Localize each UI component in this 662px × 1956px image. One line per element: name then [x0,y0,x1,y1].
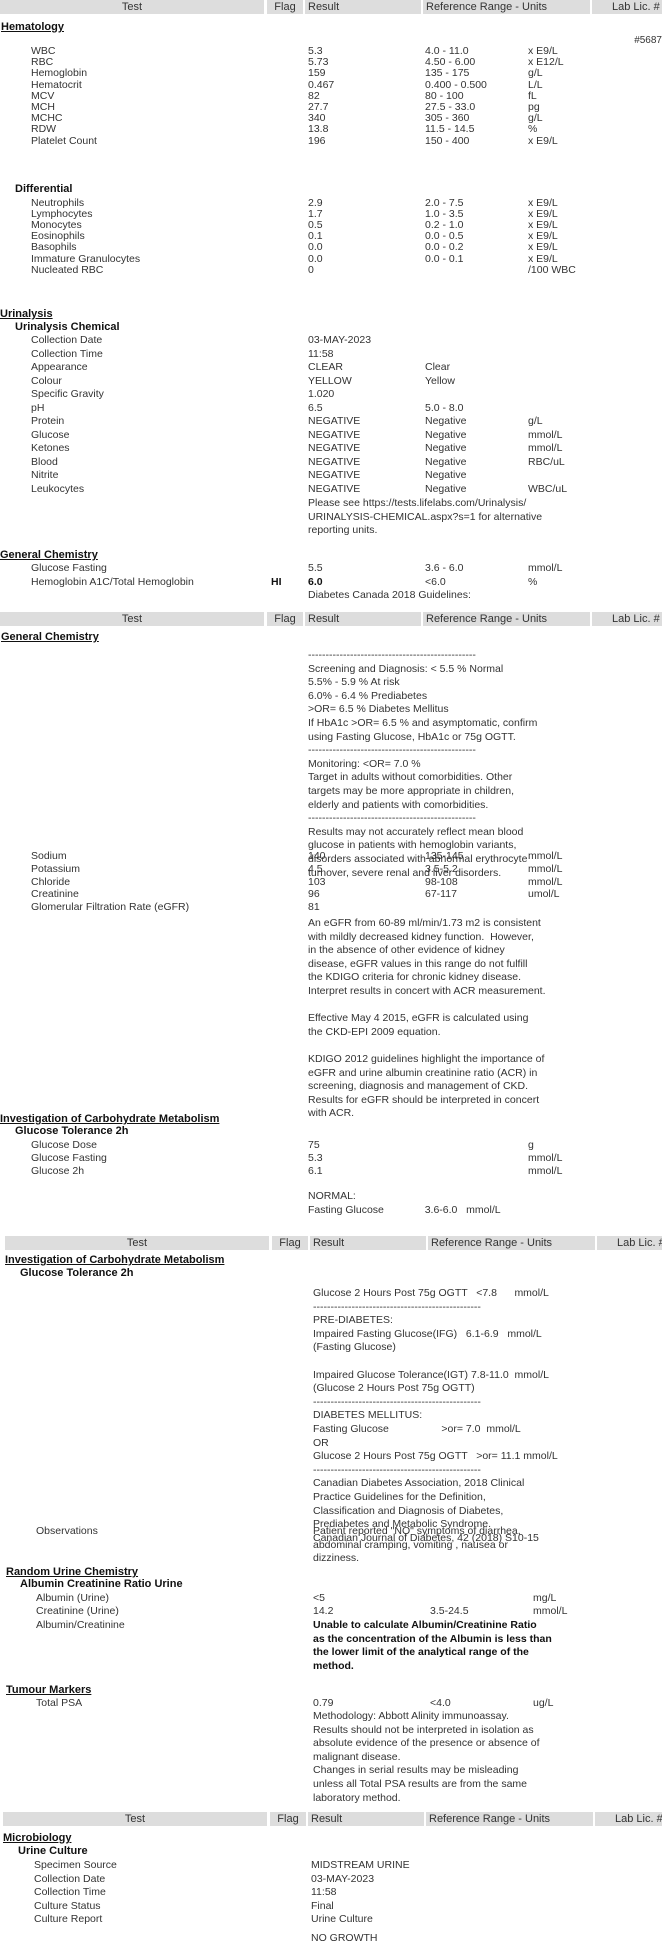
test-name: Sodium [31,850,67,863]
test-name: Leukocytes [31,483,84,496]
section-hematology: Hematology [1,21,64,33]
units: mmol/L [528,442,562,455]
result-value: CLEAR [308,361,343,374]
reference-range: 67-117 [425,888,457,901]
table-row: Potassium4.53.5-5.2mmol/L [0,863,650,876]
reference-range: <4.0 [430,1697,451,1710]
test-name: Glucose Fasting [31,562,107,575]
test-name: Collection Date [34,1873,105,1886]
result-value: NEGATIVE [308,469,360,482]
header-lab-lic: Lab Lic. # [592,0,662,14]
test-name: Specific Gravity [31,388,104,401]
units: x E9/L [528,135,558,148]
header-flag: Flag [267,612,303,626]
test-name: Protein [31,415,64,428]
section-random-urine-chemistry: Random Urine Chemistry [6,1566,138,1578]
test-name: Total PSA [36,1697,82,1710]
flag: HI [271,576,282,589]
header-test: Test [0,612,264,626]
glucose-criteria-note: Glucose 2 Hours Post 75g OGTT <7.8 mmol/… [313,1287,558,1545]
report-page-4: Test Flag Result Reference Range - Units… [0,1812,662,1826]
test-name: Ketones [31,442,70,455]
table-row: Specific Gravity1.020 [0,388,650,401]
test-name: Colour [31,375,62,388]
test-name: Blood [31,456,58,469]
glucose-normal-note: NORMAL: Fasting Glucose 3.6-6.0 mmol/L [308,1190,501,1217]
a1c-note-title: Diabetes Canada 2018 Guidelines: [308,589,471,603]
section-carbohydrate-metabolism: Investigation of Carbohydrate Metabolism [5,1254,224,1266]
test-name: Glucose [31,429,70,442]
table-row: Culture StatusFinal [3,1900,653,1913]
table-row: NitriteNEGATIVENegative [0,469,650,482]
test-name: Glomerular Filtration Rate (eGFR) [31,901,189,914]
result-value: YELLOW [308,375,352,388]
reference-range: Negative [425,456,466,469]
units: umol/L [528,888,560,901]
header-result: Result [305,612,421,626]
header-reference: Reference Range - Units [428,1236,595,1250]
units: mmol/L [533,1605,567,1618]
test-name: Collection Time [31,348,103,361]
result-value: 6.1 [308,1165,323,1178]
test-name: Albumin (Urine) [36,1592,109,1605]
units: mmol/L [528,850,562,863]
result-value: NEGATIVE [308,442,360,455]
test-name: Potassium [31,863,80,876]
header-reference: Reference Range - Units [426,1812,593,1826]
column-header: Test Flag Result Reference Range - Units… [5,1236,662,1250]
units: /100 WBC [528,264,576,277]
reference-range: 135-145 [425,850,464,863]
a1c-guidelines-note: ----------------------------------------… [308,649,537,880]
header-test: Test [3,1812,267,1826]
table-row: Glucose Fasting5.53.6 - 6.0mmol/L [0,562,650,575]
subsection-differential: Differential [15,183,72,195]
test-name: Glucose Fasting [31,1152,107,1165]
section-microbiology: Microbiology [3,1832,71,1844]
table-row: Creatinine (Urine)14.23.5-24.5mmol/L [5,1605,655,1618]
result-value: 6.0 [308,576,323,589]
subsection-urine-culture: Urine Culture [18,1845,88,1857]
section-general-chemistry: General Chemistry [1,631,99,643]
culture-report-result: NO GROWTH [311,1932,378,1946]
result-value: 103 [308,876,326,889]
column-header: Test Flag Result Reference Range - Units… [0,612,662,626]
table-row: KetonesNEGATIVENegativemmol/L [0,442,650,455]
units: g [528,1139,534,1152]
result-value: 5.3 [308,1152,323,1165]
observations-label: Observations [36,1525,98,1538]
header-result: Result [308,1812,424,1826]
result-value: 140 [308,850,326,863]
result-value: 5.5 [308,562,323,575]
table-row: Creatinine9667-117umol/L [0,888,650,901]
header-test: Test [0,0,264,14]
table-row: Glucose 2h6.1mmol/L [0,1165,650,1178]
units: mg/L [533,1592,556,1605]
section-urinalysis: Urinalysis [0,308,53,320]
table-row: Platelet Count196150 - 400x E9/L [0,135,650,148]
table-row: Nucleated RBC0/100 WBC [0,264,650,277]
result-value: 14.2 [313,1605,333,1618]
units: mmol/L [528,429,562,442]
table-row: Glucose Dose75g [0,1139,650,1152]
section-carbohydrate-metabolism: Investigation of Carbohydrate Metabolism [0,1113,219,1125]
urinalysis-note: Please see https://tests.lifelabs.com/Ur… [308,497,542,538]
header-test: Test [5,1236,269,1250]
subsection-glucose-tolerance: Glucose Tolerance 2h [15,1125,129,1137]
table-row: Sodium140135-145mmol/L [0,850,650,863]
column-header: Test Flag Result Reference Range - Units… [0,0,662,14]
table-row: Albumin (Urine)<5mg/L [5,1592,655,1605]
header-reference: Reference Range - Units [423,612,590,626]
table-row: Hemoglobin A1C/Total HemoglobinHI6.0<6.0… [0,576,650,589]
result-value: 81 [308,901,320,914]
table-row: ColourYELLOWYellow [0,375,650,388]
result-value: 196 [308,135,326,148]
psa-note: Methodology: Abbott Alinity immunoassay.… [313,1710,540,1805]
test-name: Nitrite [31,469,58,482]
table-row: AppearanceCLEARClear [0,361,650,374]
result-value: 96 [308,888,320,901]
reference-range: 150 - 400 [425,135,469,148]
reference-range: Yellow [425,375,455,388]
table-row: pH6.55.0 - 8.0 [0,402,650,415]
result-value: 11:58 [311,1886,337,1899]
result-value: NEGATIVE [308,429,360,442]
result-value: 0.79 [313,1697,333,1710]
subsection-urinalysis-chemical: Urinalysis Chemical [15,321,120,333]
table-row: Chloride10398-108mmol/L [0,876,650,889]
test-name: Creatinine [31,888,79,901]
table-row: ProteinNEGATIVENegativeg/L [0,415,650,428]
section-tumour-markers: Tumour Markers [6,1684,91,1696]
test-name: Chloride [31,876,70,889]
header-reference: Reference Range - Units [423,0,590,14]
result-value: 6.5 [308,402,323,415]
report-page-3: Test Flag Result Reference Range - Units… [0,1236,662,1250]
report-page-2: Test Flag Result Reference Range - Units… [0,612,662,626]
test-name: Platelet Count [31,135,97,148]
header-lab-lic: Lab Lic. # [597,1236,662,1250]
reference-range: Negative [425,469,466,482]
result-value: 03-MAY-2023 [311,1873,374,1886]
result-value: 1.020 [308,388,334,401]
reference-range: Negative [425,415,466,428]
reference-range: 3.5-24.5 [430,1605,469,1618]
units: g/L [528,415,543,428]
header-flag: Flag [270,1812,306,1826]
test-name: Creatinine (Urine) [36,1605,119,1618]
result-value: 0 [308,264,314,277]
table-row: Specimen SourceMIDSTREAM URINE [3,1859,653,1872]
units: mmol/L [528,562,562,575]
table-row: Collection Date03-MAY-2023 [0,334,650,347]
reference-range: <6.0 [425,576,446,589]
reference-range: Negative [425,483,466,496]
subsection-glucose-tolerance: Glucose Tolerance 2h [20,1267,134,1279]
reference-range: Negative [425,442,466,455]
result-value: NEGATIVE [308,456,360,469]
test-name: Culture Report [34,1913,102,1926]
units: mmol/L [528,863,562,876]
header-result: Result [310,1236,426,1250]
table-row: LeukocytesNEGATIVENegativeWBC/uL [0,483,650,496]
result-value: 75 [308,1139,320,1152]
result-value: NEGATIVE [308,415,360,428]
header-lab-lic: Lab Lic. # [595,1812,662,1826]
column-header: Test Flag Result Reference Range - Units… [3,1812,662,1826]
observations-value: Patient reported "NO" symptoms of diarrh… [313,1525,521,1566]
table-row: GlucoseNEGATIVENegativemmol/L [0,429,650,442]
test-name: Specimen Source [34,1859,117,1872]
units: mmol/L [528,1152,562,1165]
result-value: NEGATIVE [308,483,360,496]
table-row: Collection Time11:58 [0,348,650,361]
acr-label: Albumin/Creatinine [36,1619,125,1632]
result-value: 03-MAY-2023 [308,334,371,347]
table-row: BloodNEGATIVENegativeRBC/uL [0,456,650,469]
test-name: Culture Status [34,1900,101,1913]
result-value: MIDSTREAM URINE [311,1859,410,1872]
test-name: Collection Date [31,334,102,347]
result-value: <5 [313,1592,325,1605]
test-name: Hemoglobin A1C/Total Hemoglobin [31,576,194,589]
test-name: Glucose Dose [31,1139,97,1152]
header-result: Result [305,0,421,14]
reference-range: 5.0 - 8.0 [425,402,464,415]
subsection-acr-urine: Albumin Creatinine Ratio Urine [20,1578,183,1590]
table-row: Glomerular Filtration Rate (eGFR)81 [0,901,650,914]
test-name: Appearance [31,361,88,374]
reference-range: 98-108 [425,876,458,889]
units: ug/L [533,1697,553,1710]
result-value: Urine Culture [311,1913,373,1926]
units: RBC/uL [528,456,565,469]
units: % [528,576,537,589]
result-value: Final [311,1900,334,1913]
table-row: Collection Date03-MAY-2023 [3,1873,653,1886]
reference-range: 3.5-5.2 [425,863,458,876]
test-name: Collection Time [34,1886,106,1899]
units: mmol/L [528,1165,562,1178]
table-row: Total PSA0.79<4.0ug/L [5,1697,655,1710]
test-name: pH [31,402,44,415]
egfr-note: An eGFR from 60-89 ml/min/1.73 m2 is con… [308,917,546,1121]
units: mmol/L [528,876,562,889]
acr-note: Unable to calculate Albumin/Creatinine R… [313,1619,552,1673]
header-lab-lic: Lab Lic. # [592,612,662,626]
units: WBC/uL [528,483,567,496]
table-row: Culture ReportUrine Culture [3,1913,653,1926]
test-name: Glucose 2h [31,1165,84,1178]
table-row: Collection Time11:58 [3,1886,653,1899]
header-flag: Flag [272,1236,308,1250]
reference-range: Negative [425,429,466,442]
result-value: 4.5 [308,863,323,876]
header-flag: Flag [267,0,303,14]
result-value: 11:58 [308,348,334,361]
table-row: Glucose Fasting5.3mmol/L [0,1152,650,1165]
reference-range: Clear [425,361,450,374]
test-name: Nucleated RBC [31,264,103,277]
reference-range: 3.6 - 6.0 [425,562,464,575]
report-page-1: Test Flag Result Reference Range - Units… [0,0,662,14]
section-general-chemistry: General Chemistry [0,549,98,561]
